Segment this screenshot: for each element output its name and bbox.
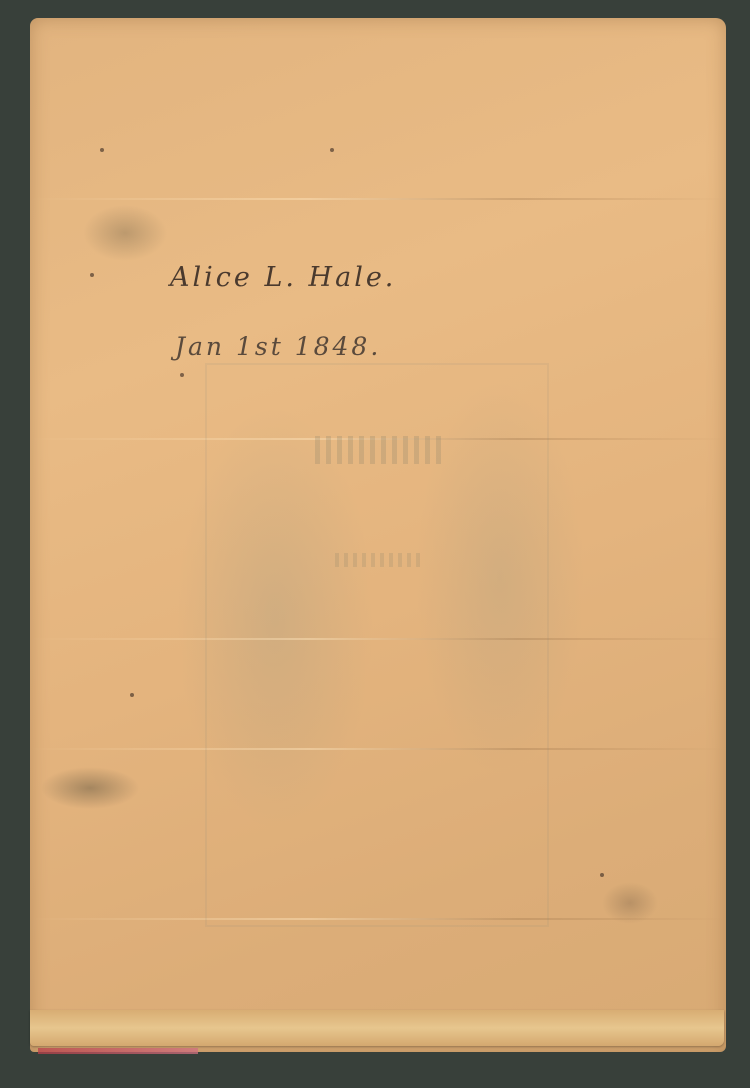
foxing-spot — [100, 148, 104, 152]
book-cover — [30, 18, 726, 1052]
paper-crease — [30, 198, 726, 200]
handwritten-name: Alice L. Hale. — [170, 262, 396, 293]
bottom-fold-edge — [30, 1010, 724, 1046]
foxing-spot — [130, 693, 134, 697]
bleed-through-title — [315, 436, 445, 464]
bleed-through-subtitle — [335, 553, 425, 567]
foxing-spot — [180, 373, 184, 377]
red-page-edge — [38, 1048, 198, 1054]
handwritten-date: Jan 1st 1848. — [175, 332, 381, 361]
foxing-spot — [90, 273, 94, 277]
foxing-spot — [600, 873, 604, 877]
foxing-spot — [330, 148, 334, 152]
